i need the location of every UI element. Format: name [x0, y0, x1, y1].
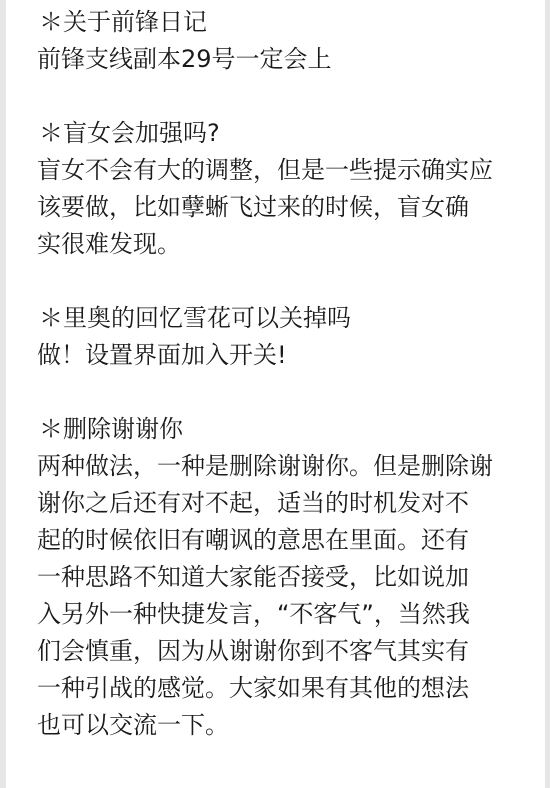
body-line: 入另外一种快捷发言，“不客气”，当然我	[37, 596, 517, 633]
section-heading: ＊删除谢谢你	[37, 411, 517, 448]
body-line: 谢你之后还有对不起，适当的时机发对不	[37, 485, 517, 522]
body-line: 们会慎重，因为从谢谢你到不客气其实有	[37, 633, 517, 670]
section-heading: ＊盲女会加强吗?	[37, 115, 517, 152]
section-vanguard-diary: ＊关于前锋日记 前锋支线副本29号一定会上	[37, 4, 517, 78]
section-heading: ＊关于前锋日记	[37, 4, 517, 41]
body-line: 起的时候依旧有嘲讽的意思在里面。还有	[37, 522, 517, 559]
body-line: 两种做法，一种是删除谢谢你。但是删除谢	[37, 448, 517, 485]
section-blind-girl-buff: ＊盲女会加强吗? 盲女不会有大的调整，但是一些提示确实应 该要做，比如孽蜥飞过来…	[37, 115, 517, 263]
body-line: 一种思路不知道大家能否接受，比如说加	[37, 559, 517, 596]
body-line: 前锋支线副本29号一定会上	[37, 41, 517, 78]
body-line: 该要做，比如孽蜥飞过来的时候，盲女确	[37, 189, 517, 226]
body-line: 做！设置界面加入开关!	[37, 337, 517, 374]
document-page: ＊关于前锋日记 前锋支线副本29号一定会上 ＊盲女会加强吗? 盲女不会有大的调整…	[6, 0, 545, 788]
body-line: 也可以交流一下。	[37, 707, 517, 744]
body-line: 实很难发现。	[37, 226, 517, 263]
body-line: 盲女不会有大的调整，但是一些提示确实应	[37, 152, 517, 189]
body-line: 一种引战的感觉。大家如果有其他的想法	[37, 670, 517, 707]
section-leo-snowflake: ＊里奥的回忆雪花可以关掉吗 做！设置界面加入开关!	[37, 300, 517, 374]
faq-content: ＊关于前锋日记 前锋支线副本29号一定会上 ＊盲女会加强吗? 盲女不会有大的调整…	[37, 4, 517, 744]
section-remove-thank-you: ＊删除谢谢你 两种做法，一种是删除谢谢你。但是删除谢 谢你之后还有对不起，适当的…	[37, 411, 517, 744]
section-heading: ＊里奥的回忆雪花可以关掉吗	[37, 300, 517, 337]
